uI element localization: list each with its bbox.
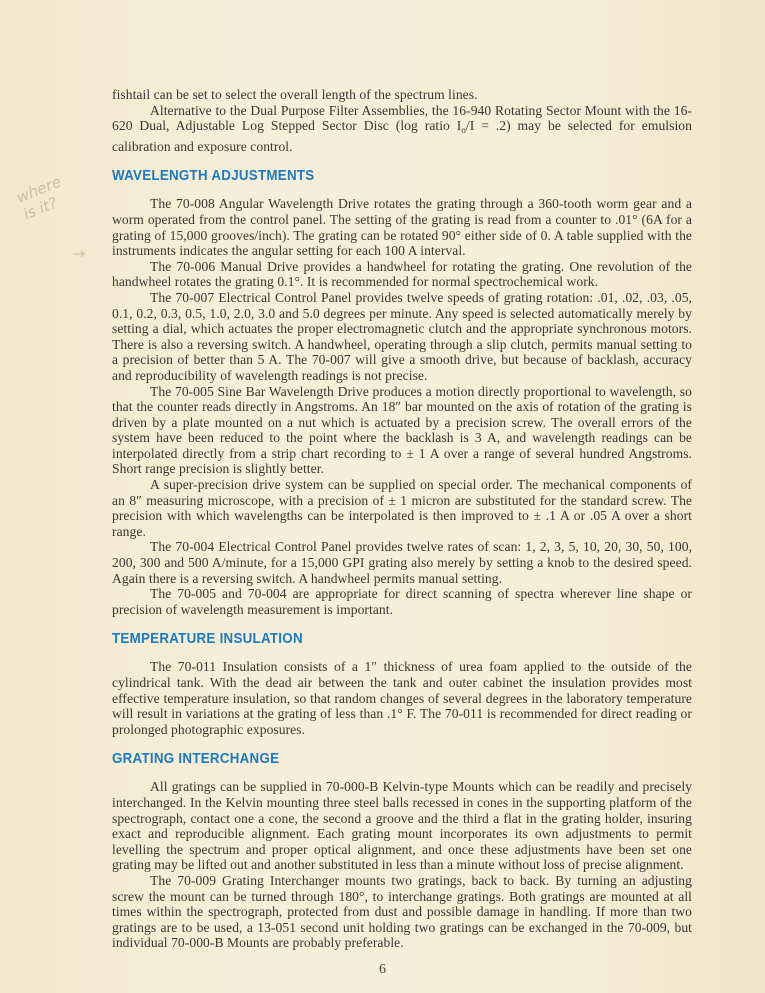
paragraph-direct-scanning: The 70-005 and 70-004 are appropriate fo… — [112, 586, 692, 617]
paragraph-kelvin-mounts: All gratings can be supplied in 70-000-B… — [112, 779, 692, 873]
handwritten-arrow-icon: → — [72, 244, 85, 263]
paragraph-manual-drive: The 70-006 Manual Drive provides a handw… — [112, 259, 692, 290]
handwritten-margin-note: where is it? — [14, 168, 83, 224]
paragraph-angular-drive: The 70-008 Angular Wavelength Drive rota… — [112, 196, 692, 258]
paragraph-sine-bar-drive: The 70-005 Sine Bar Wavelength Drive pro… — [112, 384, 692, 478]
page-content: fishtail can be set to select the overal… — [112, 87, 692, 951]
paragraph-70-007-control-panel: The 70-007 Electrical Control Panel prov… — [112, 290, 692, 384]
section-heading-wavelength-adjustments: WAVELENGTH ADJUSTMENTS — [112, 168, 646, 184]
paragraph-super-precision-drive: A super-precision drive system can be su… — [112, 477, 692, 539]
intro-continuation: fishtail can be set to select the overal… — [112, 87, 692, 103]
paragraph-grating-interchanger: The 70-009 Grating Interchanger mounts t… — [112, 873, 692, 951]
section-heading-temperature-insulation: TEMPERATURE INSULATION — [112, 631, 646, 647]
paragraph-70-004-control-panel: The 70-004 Electrical Control Panel prov… — [112, 539, 692, 586]
document-page: where is it? → fishtail can be set to se… — [0, 0, 765, 993]
paragraph-insulation: The 70-011 Insulation consists of a 1″ t… — [112, 659, 692, 737]
intro-alternative-paragraph: Alternative to the Dual Purpose Filter A… — [112, 103, 692, 155]
section-heading-grating-interchange: GRATING INTERCHANGE — [112, 751, 646, 767]
page-number: 6 — [0, 962, 765, 978]
